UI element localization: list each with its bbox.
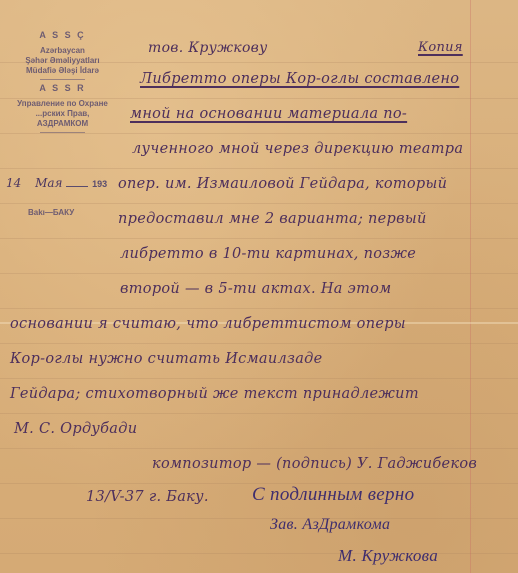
ruled-line: [0, 448, 518, 449]
ruled-line: [0, 308, 518, 309]
stamp-city: Bakı—БАКУ: [28, 208, 74, 217]
ruled-line: [0, 168, 518, 169]
stamp-line: ...рских Прав,: [0, 109, 125, 119]
ruled-line: [0, 238, 518, 239]
letter-line: Кор-оглы нужно считать Исмаилзаде: [10, 351, 323, 367]
ruled-line: [0, 343, 518, 344]
certified-true: С подлинным верно: [252, 484, 414, 506]
margin-line: [470, 0, 471, 573]
ruled-line: [0, 518, 518, 519]
addressee: тов. Кружкову: [148, 40, 268, 56]
letter-line: второй — в 5-ти актах. На этом: [120, 281, 391, 297]
stamp-date-month: Мая: [35, 176, 62, 190]
stamp-line: A S S R: [0, 83, 125, 93]
letter-line: либретто в 10-ти картинах, позже: [120, 246, 416, 262]
stamp-line: Müdafiə Ələşi İdarə: [0, 66, 125, 76]
letter-line: предоставил мне 2 варианта; первый: [118, 211, 427, 227]
copy-label: Копия: [418, 40, 463, 55]
stamp-line: A S S Ç: [0, 30, 125, 40]
ruled-line: [0, 203, 518, 204]
official-stamp: A S S Ç Azərbaycan Şəhər Əməliyyatları M…: [0, 0, 125, 136]
letter-line: Либретто оперы Кор-оглы составлено: [140, 71, 459, 87]
date-place: 13/V-37 г. Баку.: [86, 489, 209, 505]
letter-line: Гейдара; стихотворный же текст принадлеж…: [10, 386, 419, 402]
composer-signature: композитор — (подпись) У. Гаджибеков: [152, 456, 477, 472]
stamp-date-year: 193: [92, 179, 107, 189]
scanned-document: A S S Ç Azərbaycan Şəhər Əməliyyatları M…: [0, 0, 518, 573]
stamp-line: Управление по Охране: [0, 99, 125, 109]
ruled-line: [0, 413, 518, 414]
stamp-date: 14 Мая 193: [6, 176, 107, 190]
letter-line: основании я считаю, что либреттистом опе…: [10, 316, 406, 332]
stamp-date-number: 14: [6, 176, 21, 190]
stamp-divider: [40, 132, 85, 133]
letter-line: лученного мной через дирекцию театра: [132, 141, 463, 157]
stamp-line: АЗДРАМКОМ: [0, 119, 125, 129]
stamp-line: Azərbaycan: [0, 46, 125, 56]
signature: М. Кружкова: [338, 546, 438, 566]
ruled-line: [0, 378, 518, 379]
ruled-line: [0, 553, 518, 554]
letter-line: М. С. Ордубади: [14, 421, 137, 437]
stamp-line: Şəhər Əməliyyatları: [0, 56, 125, 66]
ruled-line: [0, 273, 518, 274]
letter-line: мной на основании материала по-: [130, 106, 407, 122]
stamp-divider: [40, 79, 85, 80]
certified-by: Зав. АзДрамкома: [270, 516, 390, 534]
letter-line: опер. им. Измаиловой Гейдара, который: [118, 176, 447, 192]
